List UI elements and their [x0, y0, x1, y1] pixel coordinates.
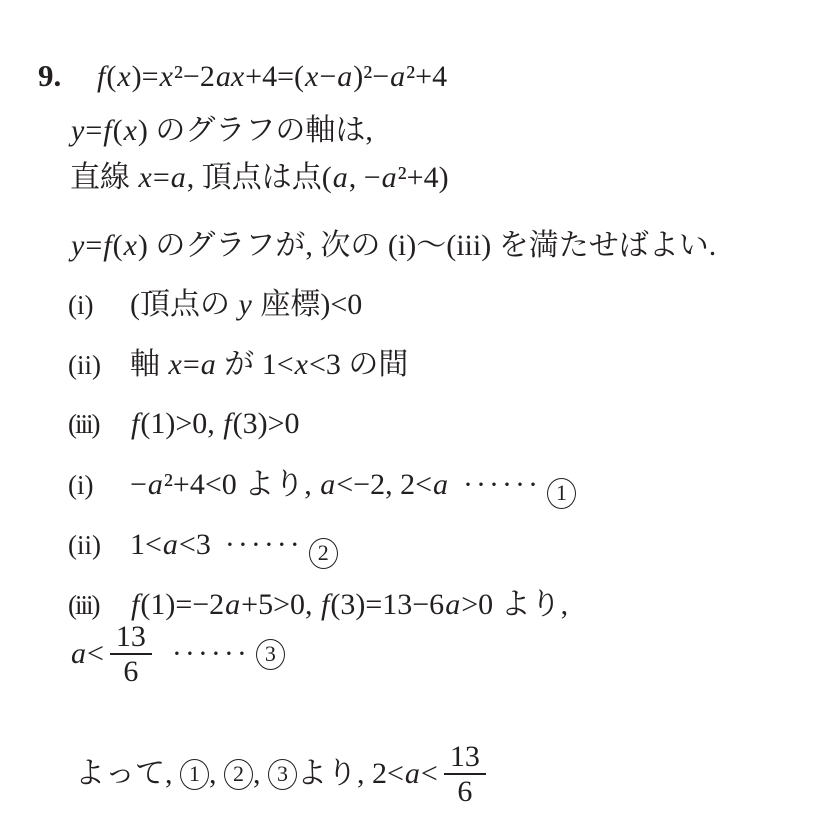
fraction-numerator: 13 — [110, 620, 152, 653]
conclusion-comma-1: , — [209, 753, 224, 795]
math-variable: a — [389, 60, 406, 93]
fraction-denominator: 6 — [110, 653, 152, 688]
solution-page: 9.f(x)=x²−2ax+4=(x−a)²−a²+4 y=f(x) のグラフの… — [0, 0, 820, 815]
circled-number-3: 3 — [256, 639, 285, 670]
conclusion-line: よって, 1, 2, 3より, 2<a<136 — [75, 732, 492, 815]
fraction-13-over-6: 136 — [444, 740, 486, 808]
conditions-intro-post: を満たせばよい. — [491, 229, 716, 262]
conclusion-comma-2: , — [253, 753, 268, 795]
result-iii-inequality: a< — [70, 633, 104, 675]
conclusion-inequality: より, 2<a< — [297, 753, 438, 795]
circled-number-1: 1 — [180, 759, 209, 790]
fraction-13-over-6: 136 — [110, 620, 152, 688]
dots-leader: ······ — [172, 633, 250, 675]
math-variable: a — [444, 588, 461, 621]
fraction-numerator: 13 — [444, 740, 486, 773]
math-variable: f — [320, 588, 330, 621]
math-variable: a — [70, 637, 87, 670]
circled-number-1: 1 — [547, 478, 576, 509]
circled-number-2: 2 — [224, 759, 253, 790]
conditions-range: (i)〜(iii) — [388, 229, 491, 262]
fraction-denominator: 6 — [444, 773, 486, 808]
math-variable: a — [404, 757, 421, 790]
result-iii-fraction-line: a<136······3 — [70, 612, 285, 696]
math-variable: a — [432, 468, 449, 501]
conclusion-text-1: よって, — [75, 753, 180, 795]
dots-leader: ······ — [463, 468, 541, 501]
circled-number-3: 3 — [268, 759, 297, 790]
